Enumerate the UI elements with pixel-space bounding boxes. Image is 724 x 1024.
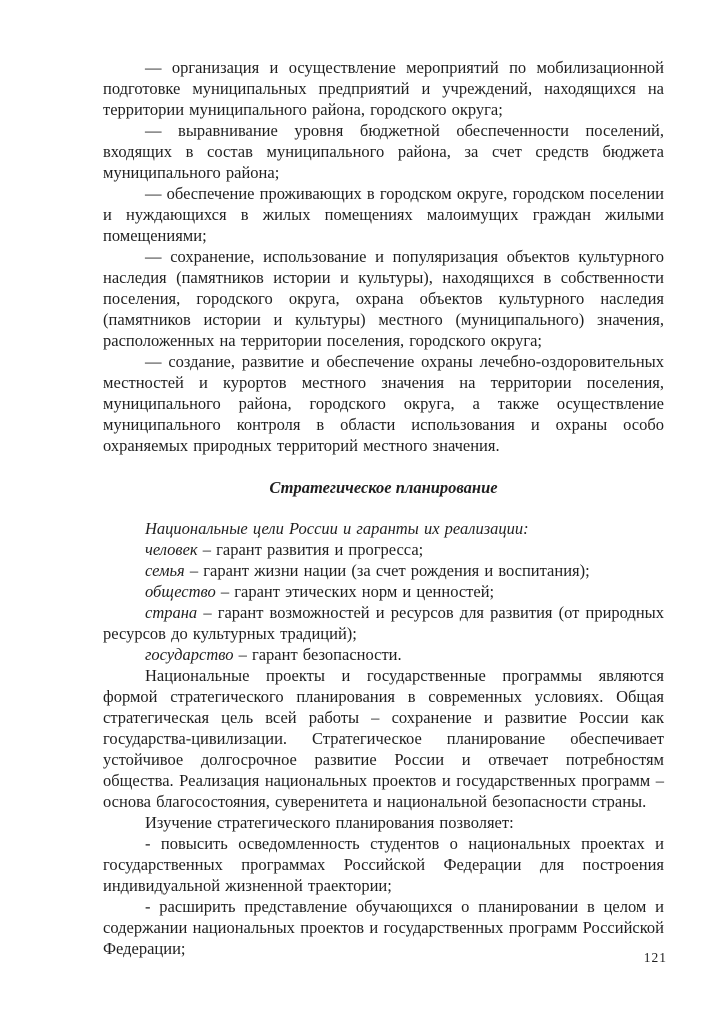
body-paragraph: Национальные проекты и государственные п… bbox=[103, 665, 664, 812]
body-paragraph: Изучение стратегического планирования по… bbox=[103, 812, 664, 833]
duty-paragraph: — выравнивание уровня бюджетной обеспече… bbox=[103, 120, 664, 183]
duty-paragraph: — обеспечение проживающих в городском ок… bbox=[103, 183, 664, 246]
goals-intro: Национальные цели России и гаранты их ре… bbox=[103, 518, 664, 539]
goal-text: – гарант этических норм и ценностей; bbox=[216, 582, 494, 601]
goal-item: государство – гарант безопасности. bbox=[103, 644, 664, 665]
duty-paragraph: — создание, развитие и обеспечение охран… bbox=[103, 351, 664, 456]
goal-item: семья – гарант жизни нации (за счет рожд… bbox=[103, 560, 664, 581]
goal-term: общество bbox=[145, 582, 216, 601]
goal-term: страна bbox=[145, 603, 197, 622]
bullet-paragraph: - расширить представление обучающихся о … bbox=[103, 896, 664, 959]
bullet-paragraph: - повысить осведомленность студентов о н… bbox=[103, 833, 664, 896]
duty-paragraph: — организация и осуществление мероприяти… bbox=[103, 57, 664, 120]
goal-item: страна – гарант возможностей и ресурсов … bbox=[103, 602, 664, 644]
goal-item: общество – гарант этических норм и ценно… bbox=[103, 581, 664, 602]
goal-item: человек – гарант развития и прогресса; bbox=[103, 539, 664, 560]
goal-term: государство bbox=[145, 645, 233, 664]
goal-text: – гарант развития и прогресса; bbox=[198, 540, 424, 559]
page-number: 121 bbox=[644, 950, 667, 966]
duty-paragraph: — сохранение, использование и популяриза… bbox=[103, 246, 664, 351]
section-heading: Стратегическое планирование bbox=[103, 477, 664, 498]
goal-term: семья bbox=[145, 561, 185, 580]
goal-term: человек bbox=[145, 540, 198, 559]
document-page: — организация и осуществление мероприяти… bbox=[0, 0, 724, 1024]
goal-text: – гарант безопасности. bbox=[233, 645, 401, 664]
goal-text: – гарант жизни нации (за счет рождения и… bbox=[185, 561, 590, 580]
